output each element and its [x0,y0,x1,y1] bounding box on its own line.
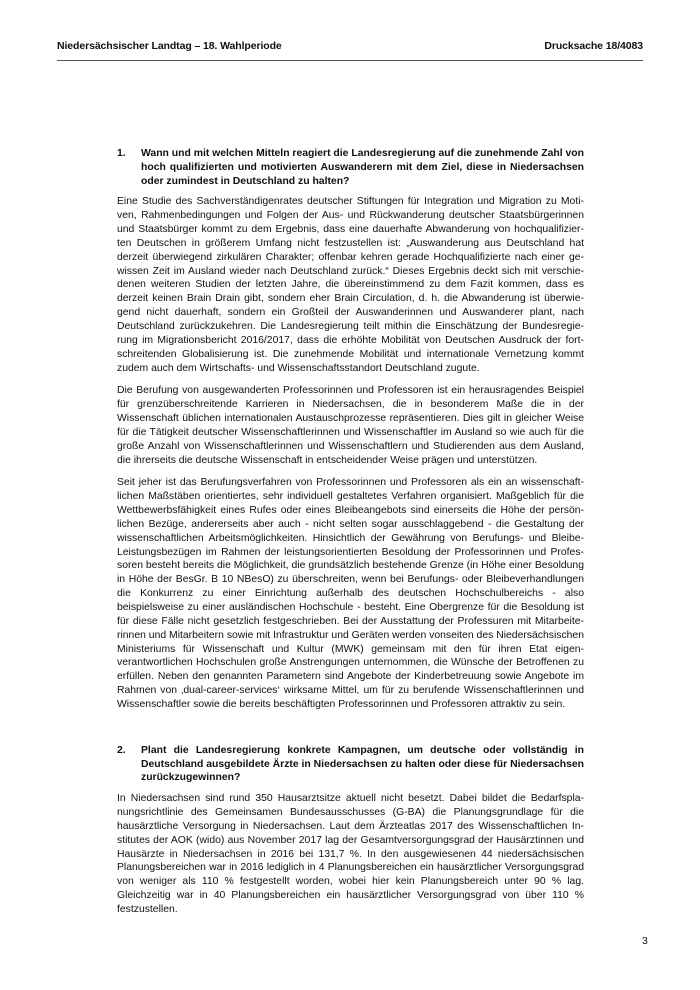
answer-paragraph: Die Berufung von ausgewanderten Professo… [117,384,584,467]
answer-paragraph: Eine Studie des Sachverständigenrates de… [117,195,584,375]
section-1: 1. Wann und mit welchen Mitteln reagiert… [117,147,584,712]
question-text: Wann und mit welchen Mitteln reagiert di… [141,147,584,188]
header-parliament-title: Niedersächsischer Landtag – 18. Wahlperi… [57,40,282,52]
document-body: 1. Wann und mit welchen Mitteln reagiert… [117,147,584,926]
question-heading: 1. Wann und mit welchen Mitteln reagiert… [117,147,584,188]
question-heading: 2. Plant die Landesregierung konkrete Ka… [117,744,584,785]
page-number: 3 [642,935,648,947]
section-2: 2. Plant die Landesregierung konkrete Ka… [117,744,584,917]
answer-paragraph: In Niedersachsen sind rund 350 Hausarzts… [117,792,584,917]
question-number: 1. [117,147,141,188]
page-header: Niedersächsischer Landtag – 18. Wahlperi… [57,38,643,61]
question-number: 2. [117,744,141,785]
answer-paragraph: Seit jeher ist das Berufungsverfahren vo… [117,476,584,711]
question-text: Plant die Landesregierung konkrete Kampa… [141,744,584,785]
header-document-number: Drucksache 18/4083 [544,40,643,52]
